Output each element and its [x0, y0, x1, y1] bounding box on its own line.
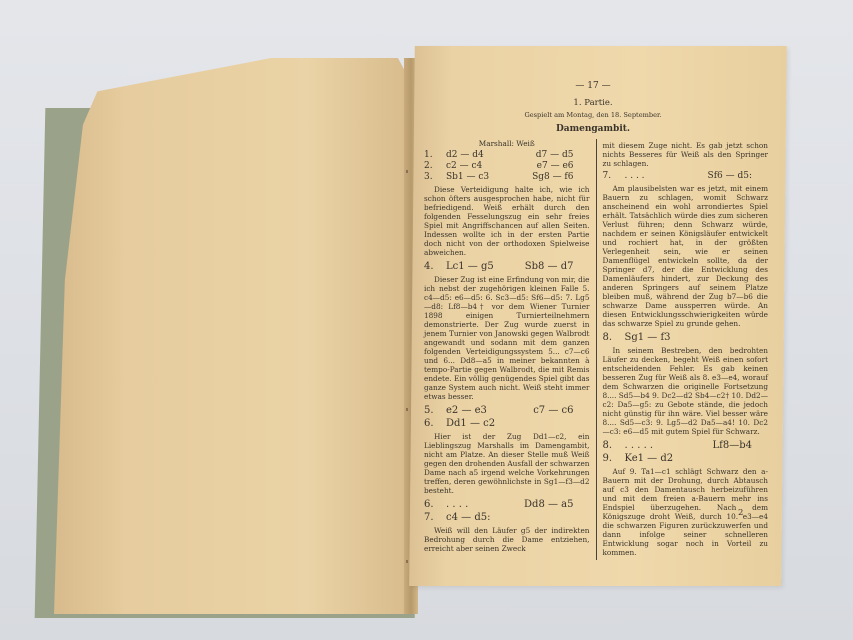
move-row: 6.. . . .Dd8 — a5: [424, 498, 590, 511]
move-row: 8.. . . . .Lf8—b4: [603, 439, 769, 452]
binding-stitch: [406, 408, 408, 411]
move-row: 7.. . . .Sf6 — d5:: [603, 171, 769, 182]
player-header: Marshall: Weiß: [424, 139, 590, 148]
binding-stitch: [406, 560, 408, 563]
move-row: 4.Lc1 — g5Sb8 — d7: [424, 260, 590, 273]
annotation-paragraph: Diese Verteidigung halte ich, wie ich sc…: [424, 185, 590, 257]
page-content: — 17 — 1. Partie. Gespielt am Montag, de…: [418, 82, 768, 560]
opening-name: Damengambit.: [418, 125, 768, 134]
page-number: — 17 —: [418, 82, 768, 91]
annotation-paragraph: Hier ist der Zug Dd1—c2, ein Lieblingszu…: [424, 432, 590, 495]
binding-stitch: [406, 170, 408, 173]
move-row: 5.e2 — e3c7 — c6: [424, 404, 590, 417]
annotation-paragraph: Weiß will den Läufer g5 der indirekten B…: [424, 526, 590, 553]
game-title: 1. Partie.: [418, 99, 768, 108]
game-date: Gespielt am Montag, den 18. September.: [418, 111, 768, 120]
right-column: mit diesem Zuge nicht. Es gab jetzt scho…: [596, 139, 769, 560]
annotation-paragraph: Am plausibelsten war es jetzt, mit einem…: [603, 184, 769, 328]
move-row: 3.Sb1 — c3Sg8 — f6: [424, 172, 590, 183]
left-blank-page: [54, 58, 416, 614]
annotation-paragraph: mit diesem Zuge nicht. Es gab jetzt scho…: [603, 141, 769, 168]
move-row: 7.c4 — d5:: [424, 511, 590, 524]
move-row: 8.Sg1 — f3: [603, 331, 769, 344]
annotation-paragraph: Dieser Zug ist eine Erfindung von mir, d…: [424, 275, 590, 401]
annotation-paragraph: In seinem Bestreben, den bedrohten Läufe…: [603, 346, 769, 436]
move-row: 2.c2 — c4e7 — e6: [424, 161, 590, 172]
move-row: 1.d2 — d4d7 — d5: [424, 150, 590, 161]
signature-mark: 2: [738, 508, 743, 518]
move-row: 6.Dd1 — c2: [424, 417, 590, 430]
move-row: 9.Ke1 — d2: [603, 452, 769, 465]
left-column: Marshall: Weiß 1.d2 — d4d7 — d5 2.c2 — c…: [418, 139, 590, 560]
